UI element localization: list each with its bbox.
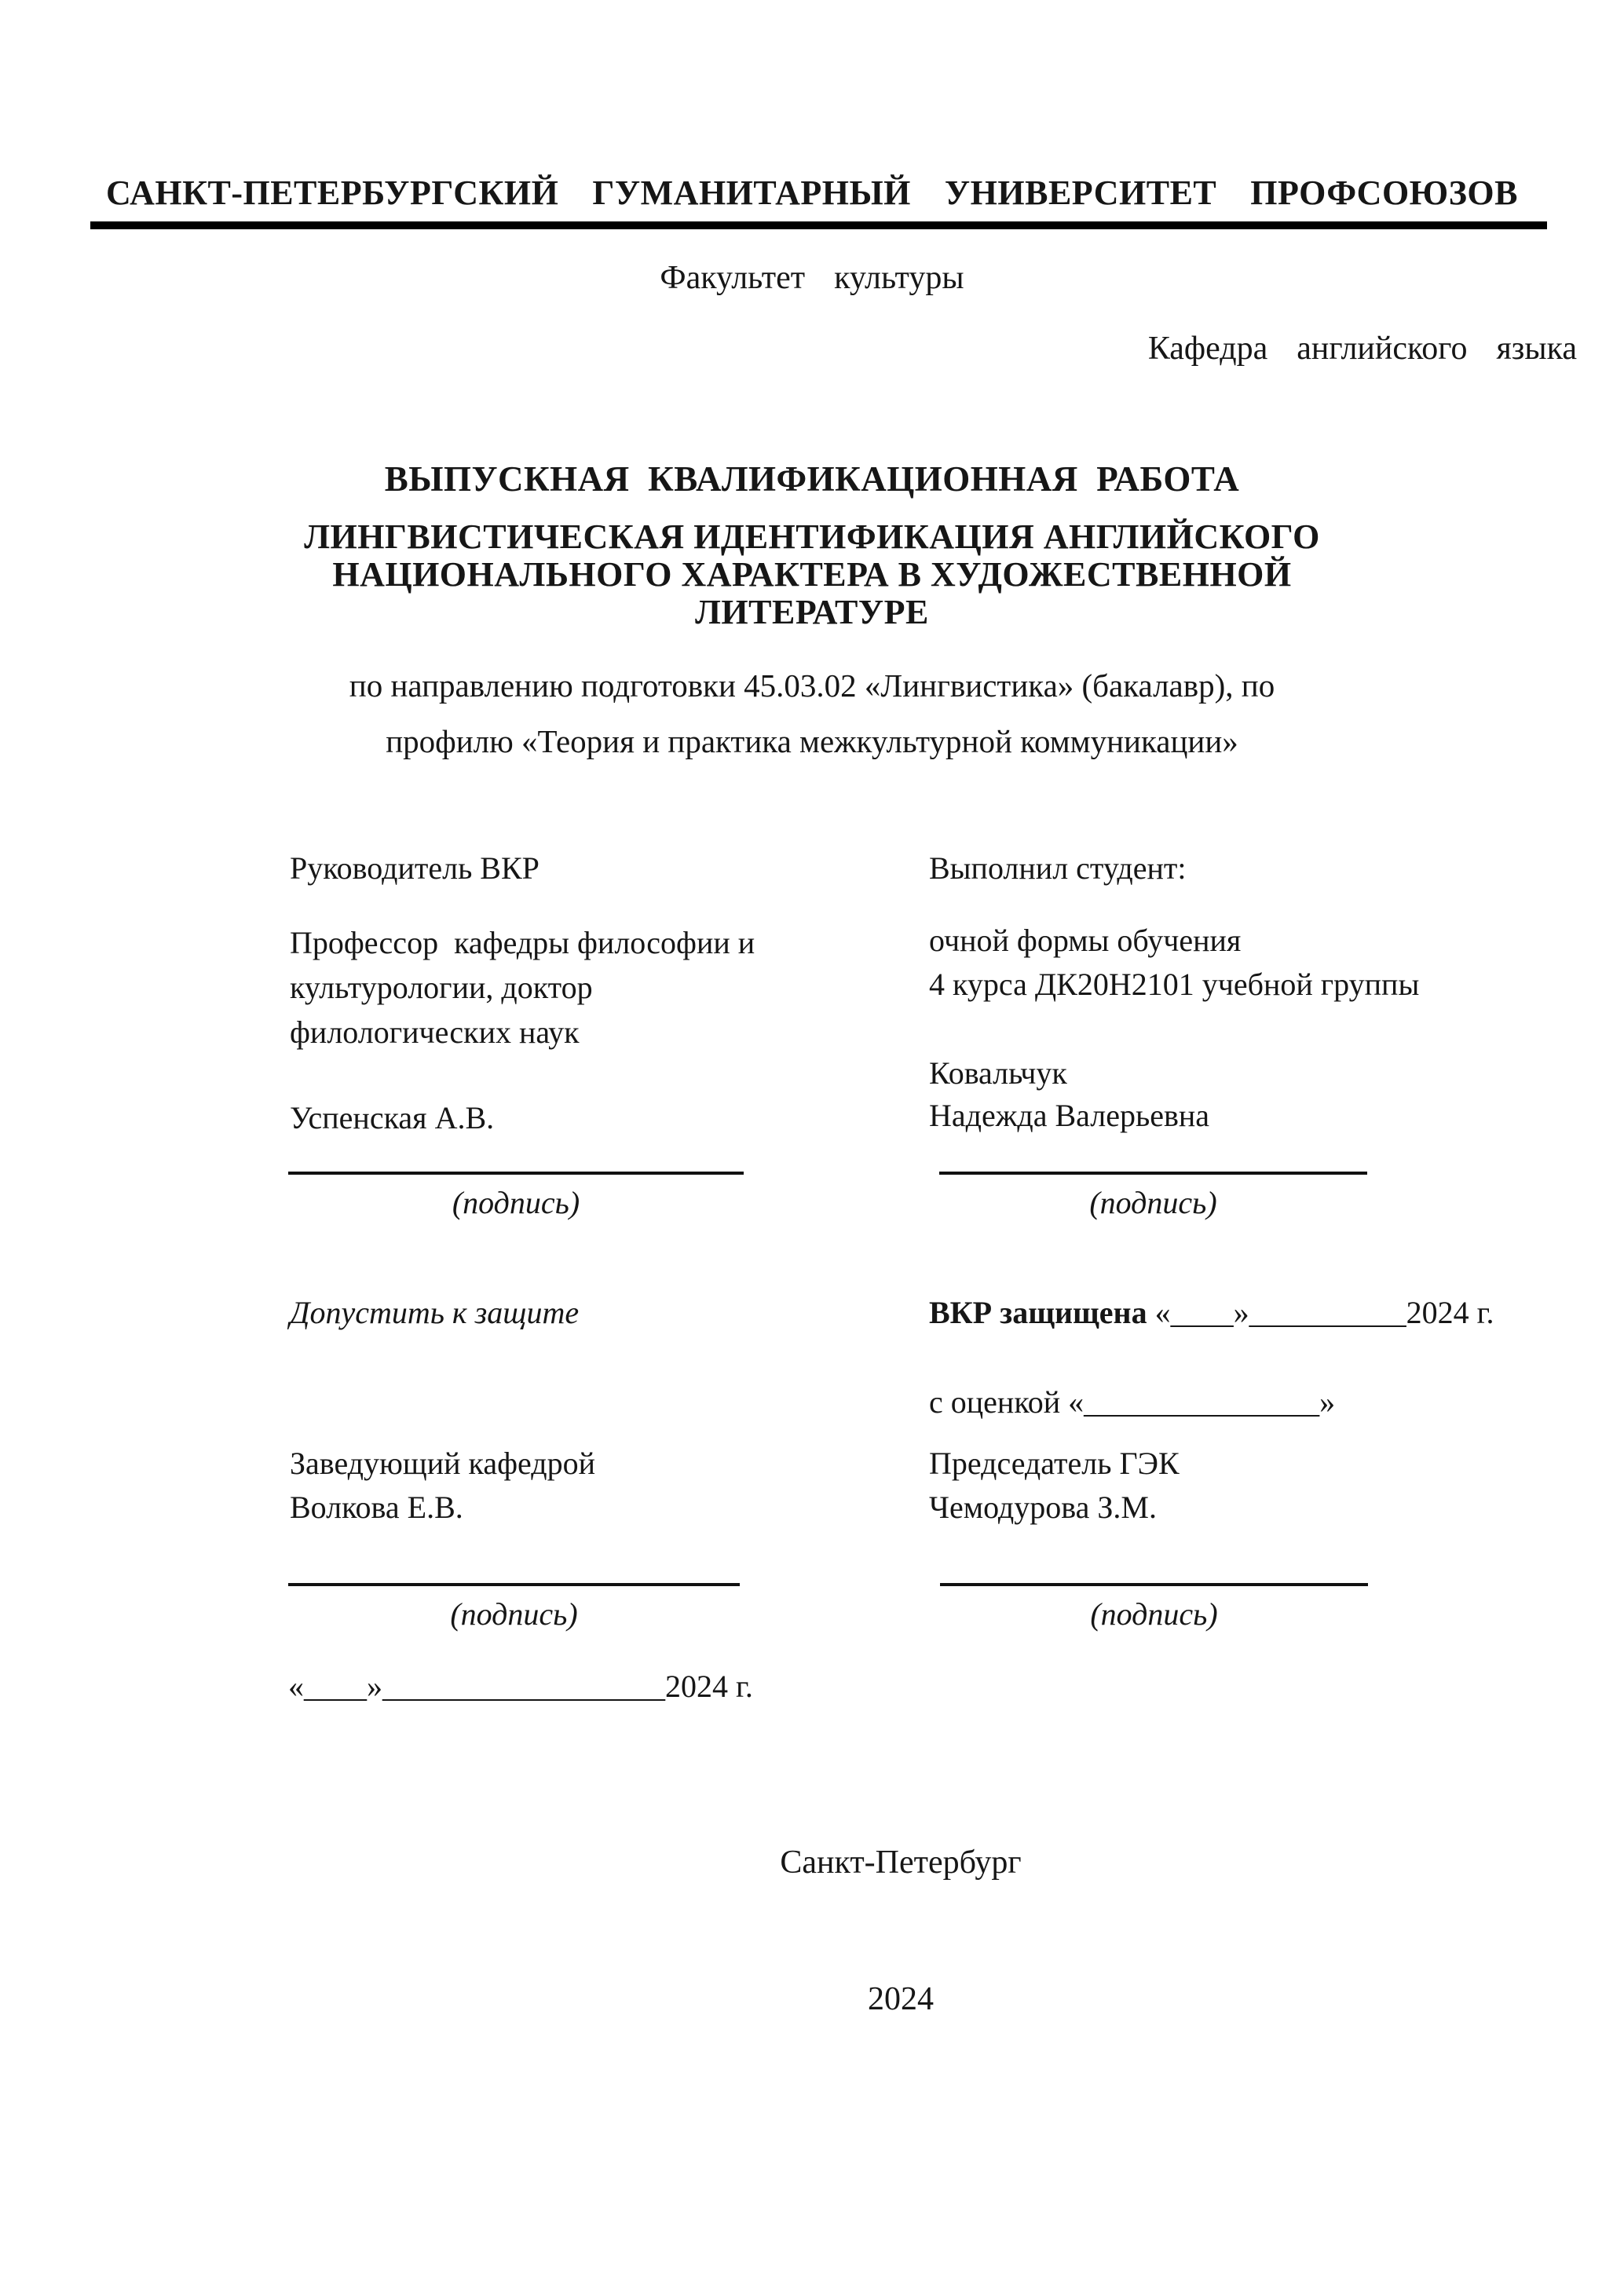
thesis-title: ЛИНГВИСТИЧЕСКАЯ ИДЕНТИФИКАЦИЯ АНГЛИЙСКОГ… <box>0 518 1624 631</box>
signature-caption: (подпись) <box>939 1184 1367 1221</box>
date-blank-line: «____»__________________2024 г. <box>288 1668 753 1705</box>
committee-chair: Председатель ГЭК Чемодурова З.М. <box>929 1442 1180 1530</box>
defended-label: ВКР защищена <box>929 1295 1147 1330</box>
work-type-heading: ВЫПУСКНАЯ КВАЛИФИКАЦИОННАЯ РАБОТА <box>0 459 1624 499</box>
header-rule <box>90 221 1547 229</box>
student-heading: Выполнил студент: <box>929 850 1186 887</box>
defense-date-line: ВКР защищена «____»__________2024 г. <box>929 1294 1494 1331</box>
grade-blank-line: с оценкой «_______________» <box>929 1384 1335 1420</box>
thesis-title-line: ЛИТЕРАТУРЕ <box>0 594 1624 631</box>
defended-date-blank: «____»__________2024 г. <box>1147 1295 1494 1330</box>
signature-line <box>940 1583 1368 1586</box>
department-head-name: Волкова Е.В. <box>290 1486 595 1530</box>
signature-caption: (подпись) <box>288 1184 744 1221</box>
university-name: САНКТ-ПЕТЕРБУРГСКИЙ ГУМАНИТАРНЫЙ УНИВЕРС… <box>0 173 1624 213</box>
signature-line <box>288 1172 744 1175</box>
department-name: Кафедра английского языка <box>0 330 1624 367</box>
year: 2024 <box>89 1980 1624 2018</box>
supervisor-position-line: Профессор кафедры философии и <box>290 920 755 965</box>
supervisor-role-label: Руководитель ВКР <box>290 850 540 887</box>
student-info: очной формы обучения 4 курса ДК20Н2101 у… <box>929 919 1419 1007</box>
supervisor-position: Профессор кафедры философии и культуроло… <box>290 920 755 1055</box>
committee-chair-name: Чемодурова З.М. <box>929 1486 1180 1530</box>
faculty-name: Факультет культуры <box>0 259 1624 297</box>
thesis-title-page: САНКТ-ПЕТЕРБУРГСКИЙ ГУМАНИТАРНЫЙ УНИВЕРС… <box>0 0 1624 2296</box>
supervisor-name: Успенская А.В. <box>290 1099 494 1136</box>
admit-to-defense-label: Допустить к защите <box>290 1294 579 1331</box>
supervisor-position-line: филологических наук <box>290 1010 755 1055</box>
department-head-role: Заведующий кафедрой <box>290 1442 595 1486</box>
signature-caption: (подпись) <box>940 1596 1368 1632</box>
city-name: Санкт-Петербург <box>89 1844 1624 1881</box>
committee-chair-role: Председатель ГЭК <box>929 1442 1180 1486</box>
student-name-line: Надежда Валерьевна <box>929 1095 1209 1137</box>
student-name: Ковальчук Надежда Валерьевна <box>929 1052 1209 1137</box>
program-line: профилю «Теория и практика межкультурной… <box>0 714 1624 770</box>
signature-line <box>288 1583 740 1586</box>
thesis-title-line: НАЦИОНАЛЬНОГО ХАРАКТЕРА В ХУДОЖЕСТВЕННОЙ <box>0 556 1624 594</box>
supervisor-position-line: культурологии, доктор <box>290 965 755 1010</box>
student-info-line: очной формы обучения <box>929 919 1419 963</box>
signature-line <box>939 1172 1367 1175</box>
signature-caption: (подпись) <box>288 1596 740 1632</box>
student-name-line: Ковальчук <box>929 1052 1209 1095</box>
student-info-line: 4 курса ДК20Н2101 учебной группы <box>929 963 1419 1007</box>
program-line: по направлению подготовки 45.03.02 «Линг… <box>0 658 1624 714</box>
program-description: по направлению подготовки 45.03.02 «Линг… <box>0 658 1624 770</box>
thesis-title-line: ЛИНГВИСТИЧЕСКАЯ ИДЕНТИФИКАЦИЯ АНГЛИЙСКОГ… <box>0 518 1624 556</box>
department-head: Заведующий кафедрой Волкова Е.В. <box>290 1442 595 1530</box>
